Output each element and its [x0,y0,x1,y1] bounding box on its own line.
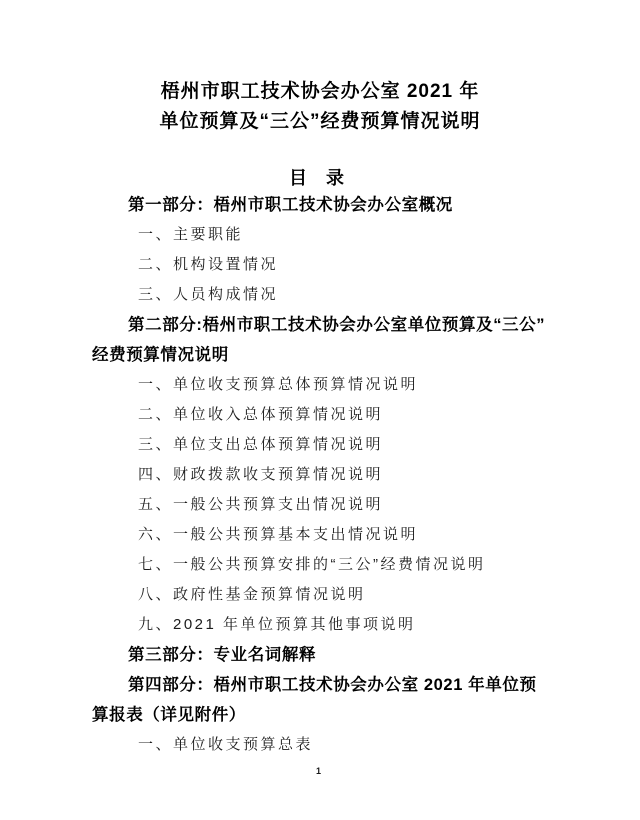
toc-entry: 三、单位支出总体预算情况说明 [92,430,562,460]
toc-entry: 第三部分：专业名词解释 [92,640,562,670]
toc-entry: 一、主要职能 [92,220,562,250]
toc-entry: 七、一般公共预算安排的“三公”经费情况说明 [92,550,562,580]
toc-entry: 第四部分：梧州市职工技术协会办公室 2021 年单位预 [92,670,562,700]
toc-entry: 一、单位收支预算总体预算情况说明 [92,370,562,400]
document-page: 梧州市职工技术协会办公室 2021 年 单位预算及“三公”经费预算情况说明 目 … [0,0,640,820]
toc-entry: 四、财政拨款收支预算情况说明 [92,460,562,490]
toc-entry: 九、2021 年单位预算其他事项说明 [92,610,562,640]
toc-entry: 六、一般公共预算基本支出情况说明 [92,520,562,550]
document-title-line-1: 梧州市职工技术协会办公室 2021 年 [0,77,640,107]
toc-entry: 第二部分:梧州市职工技术协会办公室单位预算及“三公” [92,310,562,340]
document-title-line-2: 单位预算及“三公”经费预算情况说明 [0,107,640,137]
page-number: 1 [0,766,637,776]
toc-entry: 经费预算情况说明 [92,340,562,370]
toc-heading: 目 录 [0,163,640,193]
toc-entry: 八、政府性基金预算情况说明 [92,580,562,610]
toc-entry: 三、人员构成情况 [92,280,562,310]
toc-entries: 第一部分：梧州市职工技术协会办公室概况一、主要职能二、机构设置情况三、人员构成情… [92,190,562,760]
toc-entry: 二、机构设置情况 [92,250,562,280]
toc-entry: 一、单位收支预算总表 [92,730,562,760]
toc-entry: 五、一般公共预算支出情况说明 [92,490,562,520]
document-title: 梧州市职工技术协会办公室 2021 年 单位预算及“三公”经费预算情况说明 [0,77,640,137]
toc-entry: 二、单位收入总体预算情况说明 [92,400,562,430]
toc-entry: 第一部分：梧州市职工技术协会办公室概况 [92,190,562,220]
toc-entry: 算报表（详见附件） [92,700,562,730]
